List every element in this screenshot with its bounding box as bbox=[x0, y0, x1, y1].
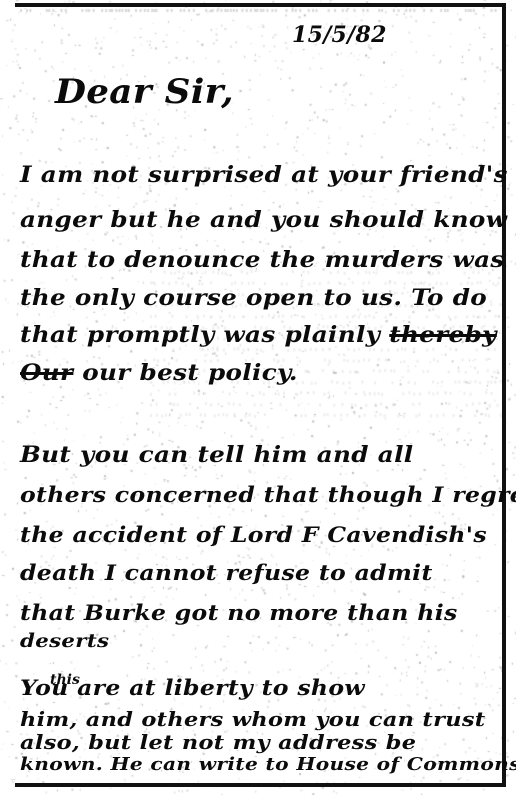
line-text: the accident of Lord F Cavendish's bbox=[20, 522, 487, 547]
line-text: others concerned that though I regret bbox=[20, 482, 516, 507]
letter-line: deserts bbox=[20, 630, 109, 652]
letter-line: also, but let not my address be bbox=[20, 730, 416, 754]
frame-border-bottom bbox=[15, 783, 506, 787]
line-text: death I cannot refuse to admit bbox=[20, 560, 433, 585]
line-text: deserts bbox=[20, 630, 109, 652]
letter-line: the accident of Lord F Cavendish's bbox=[20, 522, 487, 547]
letter-line: death I cannot refuse to admit bbox=[20, 560, 433, 585]
struck-word: Our bbox=[20, 360, 73, 386]
line-text: that promptly was plainly bbox=[20, 322, 389, 348]
line-text: our best policy. bbox=[73, 360, 297, 386]
letter-line: the only course open to us. To do bbox=[20, 285, 487, 311]
letter-line: that Burke got no more than his bbox=[20, 600, 458, 625]
line-text: that Burke got no more than his bbox=[20, 600, 458, 625]
line-text: also, but let not my address be bbox=[20, 730, 416, 754]
letter-salutation: Dear Sir, bbox=[55, 72, 234, 112]
letter-line: Our our best policy. bbox=[20, 360, 298, 386]
line-text: him, and others whom you can trust bbox=[20, 707, 486, 731]
line-text: known. He can write to House of Commons bbox=[20, 754, 516, 775]
frame-border-top bbox=[15, 3, 505, 7]
letter-line: that to denounce the murders was bbox=[20, 247, 505, 273]
frame-border-right bbox=[502, 3, 506, 787]
letter-line: him, and others whom you can trust bbox=[20, 707, 486, 731]
letter-line: anger but he and you should know bbox=[20, 207, 507, 233]
letter-date: 15/5/82 bbox=[292, 22, 387, 48]
letter-line: But you can tell him and all bbox=[20, 442, 413, 468]
letter-line: that promptly was plainly thereby bbox=[20, 322, 497, 348]
letter-line: others concerned that though I regret bbox=[20, 482, 516, 507]
line-text: I am not surprised at your friend's bbox=[20, 162, 508, 188]
line-text: anger but he and you should know bbox=[20, 207, 507, 233]
line-text: the only course open to us. To do bbox=[20, 285, 487, 311]
letter-line: known. He can write to House of Commons bbox=[20, 754, 516, 775]
line-text: that to denounce the murders was bbox=[20, 247, 505, 273]
line-text: But you can tell him and all bbox=[20, 442, 413, 468]
letter-line: I am not surprised at your friend's bbox=[20, 162, 508, 188]
interlinear-insertion: this bbox=[50, 672, 80, 688]
struck-word: thereby bbox=[389, 322, 497, 348]
